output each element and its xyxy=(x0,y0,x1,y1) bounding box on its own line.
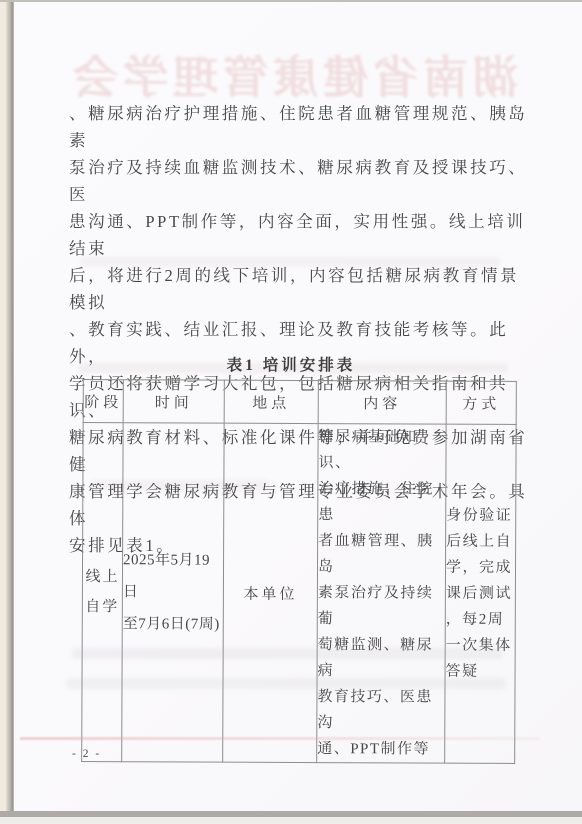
table-header-row: 阶段 时间 地点 内容 方式 xyxy=(83,380,516,425)
col-header-content: 内容 xyxy=(318,381,446,425)
col-header-location: 地点 xyxy=(224,380,318,423)
scan-edge-shadow xyxy=(6,0,14,824)
cell-content: 糖尿病基础知识、 治疗措施、住院患 者血糖管理、胰岛 素泵治疗及持续葡 萄糖监测… xyxy=(317,424,446,764)
scanned-document-page: 湖南省健康管理学会 、糖尿病治疗护理措施、住院患者血糖管理规范、胰岛素 泵治疗及… xyxy=(0,0,582,824)
col-header-time: 时间 xyxy=(123,380,224,423)
col-header-method: 方式 xyxy=(446,381,516,424)
cell-location: 本单位 xyxy=(223,423,318,762)
cell-stage: 线上 自学 xyxy=(82,423,123,762)
col-header-stage: 阶段 xyxy=(83,380,123,423)
table-caption: 表1 培训安排表 xyxy=(0,353,582,375)
training-schedule-table: 阶段 时间 地点 内容 方式 线上 自学 2025年5月19日 至7月6日(7周… xyxy=(81,379,517,764)
cell-method: 身份验证 后线上自 学，完成 课后测试 ，每2周 一次集体 答疑 xyxy=(445,424,516,763)
table-row: 线上 自学 2025年5月19日 至7月6日(7周) 本单位 糖尿病基础知识、 … xyxy=(82,423,516,764)
cell-time: 2025年5月19日 至7月6日(7周) xyxy=(122,423,224,762)
scan-edge-bottom-lower xyxy=(0,817,582,824)
page-number: - 2 - xyxy=(72,748,101,760)
